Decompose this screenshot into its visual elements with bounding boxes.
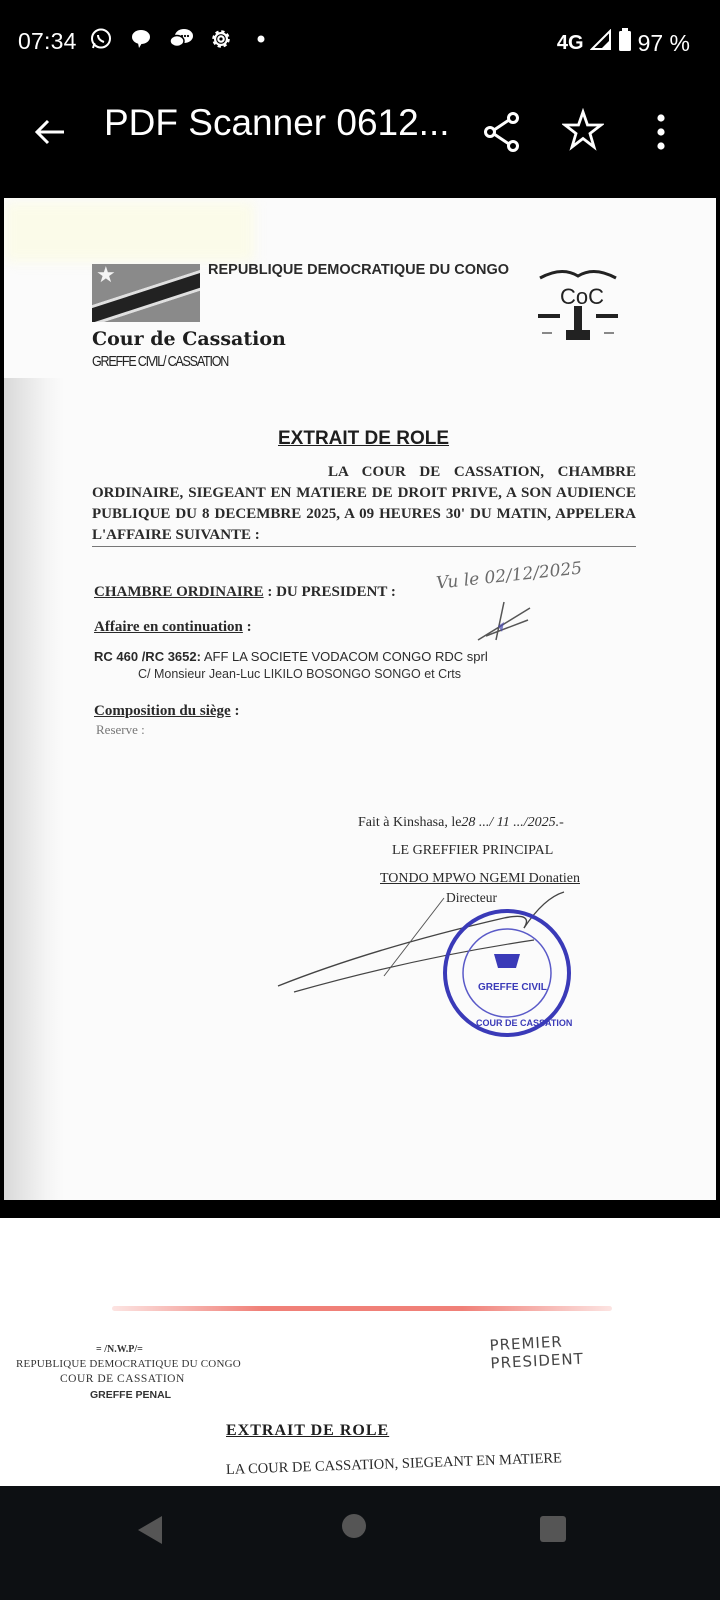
scan-stain [4,202,254,262]
pdf-page-2[interactable]: = /N.W.P/= REPUBLIQUE DEMOCRATIQUE DU CO… [0,1218,720,1486]
reserve-text: Reserve : [96,722,145,738]
official-stamp: GREFFE CIVIL COUR DE CASSATION [440,906,574,1040]
page2-country: REPUBLIQUE DEMOCRATIQUE DU CONGO [16,1358,241,1370]
svg-text:COUR DE CASSATION: COUR DE CASSATION [476,1018,572,1028]
hearing-paragraph: LA COUR DE CASSATION, CHAMBRE ORDINAIRE,… [92,462,636,547]
status-right: 4G 97 % [557,28,690,58]
nav-back-button[interactable] [138,1516,162,1549]
page2-heading: EXTRAIT DE ROLE [226,1422,389,1440]
greffier-title: LE GREFFIER PRINCIPAL [392,843,553,859]
battery-icon [618,28,632,58]
back-arrow-icon[interactable] [30,112,70,152]
system-nav-bar [0,1486,720,1600]
more-vert-icon[interactable] [646,110,676,154]
page2-greffe: GREFFE PENAL [90,1389,171,1401]
network-type: 4G [557,32,584,55]
court-scales-logo: CoC [532,266,624,346]
share-icon[interactable] [482,110,522,154]
place-date: Fait à Kinshasa, le28 .../ 11 .../2025.- [358,815,564,831]
status-time: 07:34 [18,28,77,55]
chambre-line: CHAMBRE ORDINAIRE : DU PRESIDENT : [94,584,396,601]
case-line-2: C/ Monsieur Jean-Luc LIKILO BOSONGO SONG… [138,667,461,681]
initials-signature [474,596,534,642]
header-country: REPUBLIQUE DEMOCRATIQUE DU CONGO [208,262,509,278]
page2-court: COUR DE CASSATION [60,1373,185,1385]
document-heading: EXTRAIT DE ROLE [278,428,449,450]
dot-icon [248,26,274,52]
greffe-label: GREFFE CIVIL/ CASSATION [92,353,228,370]
court-name: Cour de Cassation [92,328,286,350]
nav-recents-button[interactable] [540,1516,566,1542]
messages-icon [168,26,194,52]
signal-icon [590,29,612,57]
app-bar: PDF Scanner 0612... [0,88,720,196]
affaire-line: Affaire en continuation : [94,619,252,636]
document-title: PDF Scanner 0612... [104,102,450,144]
nav-home-button[interactable] [342,1514,366,1538]
page-shadow [4,378,64,1200]
whatsapp-icon [88,26,114,52]
svg-text:CoC: CoC [560,284,604,309]
svg-text:GREFFE CIVIL: GREFFE CIVIL [478,982,547,993]
handwritten-note: Vu le 02/12/2025 [435,558,583,593]
page-separator [0,1200,720,1218]
case-line-1: RC 460 /RC 3652: AFF LA SOCIETE VODACOM … [94,649,488,664]
chat-bubble-icon [128,26,154,52]
battery-level: 97 % [638,30,690,57]
page2-line-1: LA COUR DE CASSATION, SIEGEANT EN MATIER… [226,1450,562,1479]
handwritten-premier-president: PREMIER PRESIDENT [489,1332,584,1373]
notification-icons [88,26,274,52]
status-bar: 07:34 4G 97 % [0,0,720,88]
red-line-mark [112,1306,612,1311]
signatory-name: TONDO MPWO NGEMI Donatien [380,871,580,887]
settings-gear-icon [208,26,234,52]
pdf-page-1[interactable]: ★ REPUBLIQUE DEMOCRATIQUE DU CONGO CoC C… [4,198,716,1200]
drc-flag-image: ★ [92,264,200,322]
star-icon[interactable] [562,108,604,152]
composition-line: Composition du siège : [94,703,239,720]
nwp-label: = /N.W.P/= [96,1344,143,1355]
